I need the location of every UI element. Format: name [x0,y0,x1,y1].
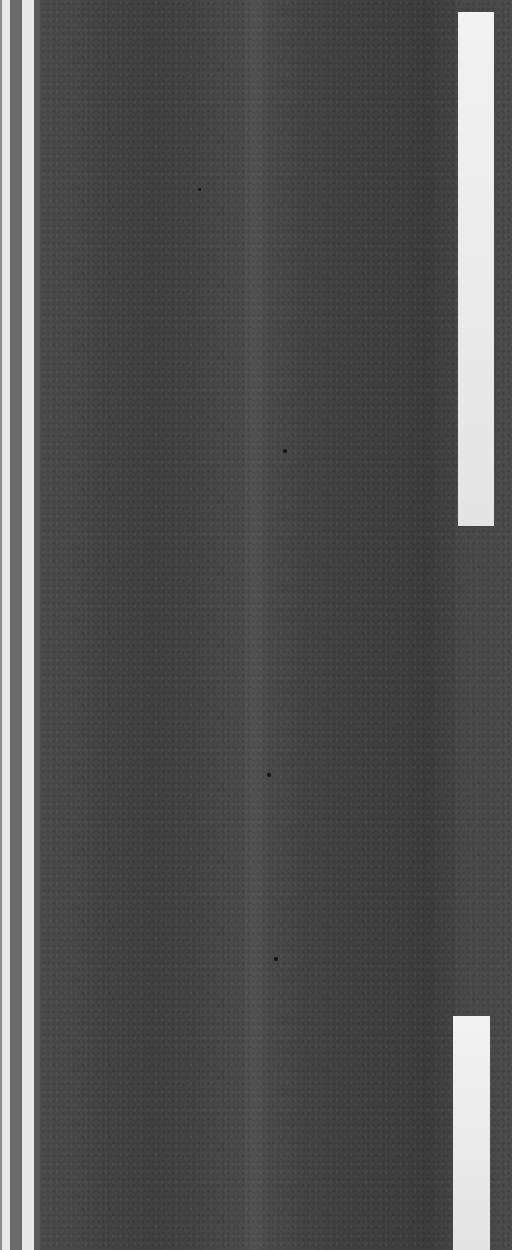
debris-spot [198,188,201,191]
pavement-seam [240,0,270,1250]
inner-edge-line [22,0,34,1250]
lane-dash-marking [458,12,494,526]
debris-spot [274,957,278,961]
lane-dash-marking [453,1016,490,1250]
debris-spot [267,773,271,777]
outer-edge-line [2,0,10,1250]
road-aerial-image [0,0,512,1250]
debris-spot [283,449,287,453]
